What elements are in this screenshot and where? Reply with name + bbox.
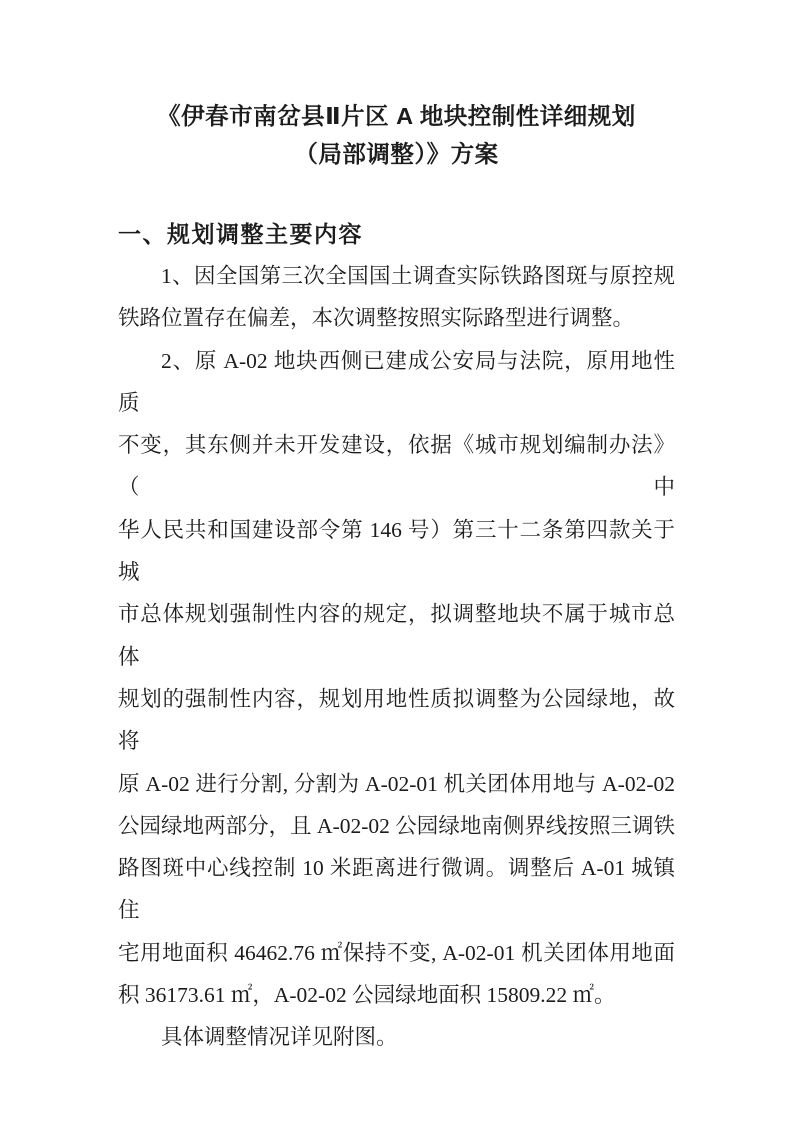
text-line: 不变，其东侧并未开发建设，依据《城市规划编制办法》（中 <box>118 424 675 509</box>
text-line: 2、原 A-02 地块西侧已建成公安局与法院，原用地性质 <box>118 340 675 425</box>
document-title: 《伊春市南岔县Ⅱ片区 A 地块控制性详细规划 （局部调整）》方案 <box>118 97 675 173</box>
text-line: 市总体规划强制性内容的规定，拟调整地块不属于城市总体 <box>118 593 675 678</box>
text-line: 原 A-02 进行分割, 分割为 A-02-01 机关团体用地与 A-02-02 <box>118 763 675 805</box>
text-line: 1、因全国第三次全国国土调查实际铁路图斑与原控规 <box>118 255 675 297</box>
paragraph: 具体调整情况详见附图。 <box>118 1016 675 1058</box>
text-line: 具体调整情况详见附图。 <box>118 1016 675 1058</box>
text-line: 积 36173.61 ㎡，A-02-02 公园绿地面积 15809.22 ㎡。 <box>118 974 675 1016</box>
text-line: 公园绿地两部分，且 A-02-02 公园绿地南侧界线按照三调铁 <box>118 805 675 847</box>
text-line: 华人民共和国建设部令第 146 号）第三十二条第四款关于城 <box>118 509 675 594</box>
text-line: 路图斑中心线控制 10 米距离进行微调。调整后 A-01 城镇住 <box>118 847 675 932</box>
paragraph: 2、原 A-02 地块西侧已建成公安局与法院，原用地性质不变，其东侧并未开发建设… <box>118 340 675 1017</box>
document-body: 1、因全国第三次全国国土调查实际铁路图斑与原控规铁路位置存在偏差，本次调整按照实… <box>118 255 675 1059</box>
text-line: 规划的强制性内容，规划用地性质拟调整为公园绿地，故将 <box>118 678 675 763</box>
document-page: 《伊春市南岔县Ⅱ片区 A 地块控制性详细规划 （局部调整）》方案 一、规划调整主… <box>0 0 793 1122</box>
section-heading: 一、规划调整主要内容 <box>118 219 675 249</box>
paragraph: 1、因全国第三次全国国土调查实际铁路图斑与原控规铁路位置存在偏差，本次调整按照实… <box>118 255 675 340</box>
text-line: 宅用地面积 46462.76 ㎡保持不变, A-02-01 机关团体用地面 <box>118 932 675 974</box>
text-line: 铁路位置存在偏差，本次调整按照实际路型进行调整。 <box>118 297 675 339</box>
document-title-line-2: （局部调整）》方案 <box>118 135 675 173</box>
document-title-line-1: 《伊春市南岔县Ⅱ片区 A 地块控制性详细规划 <box>118 97 675 135</box>
